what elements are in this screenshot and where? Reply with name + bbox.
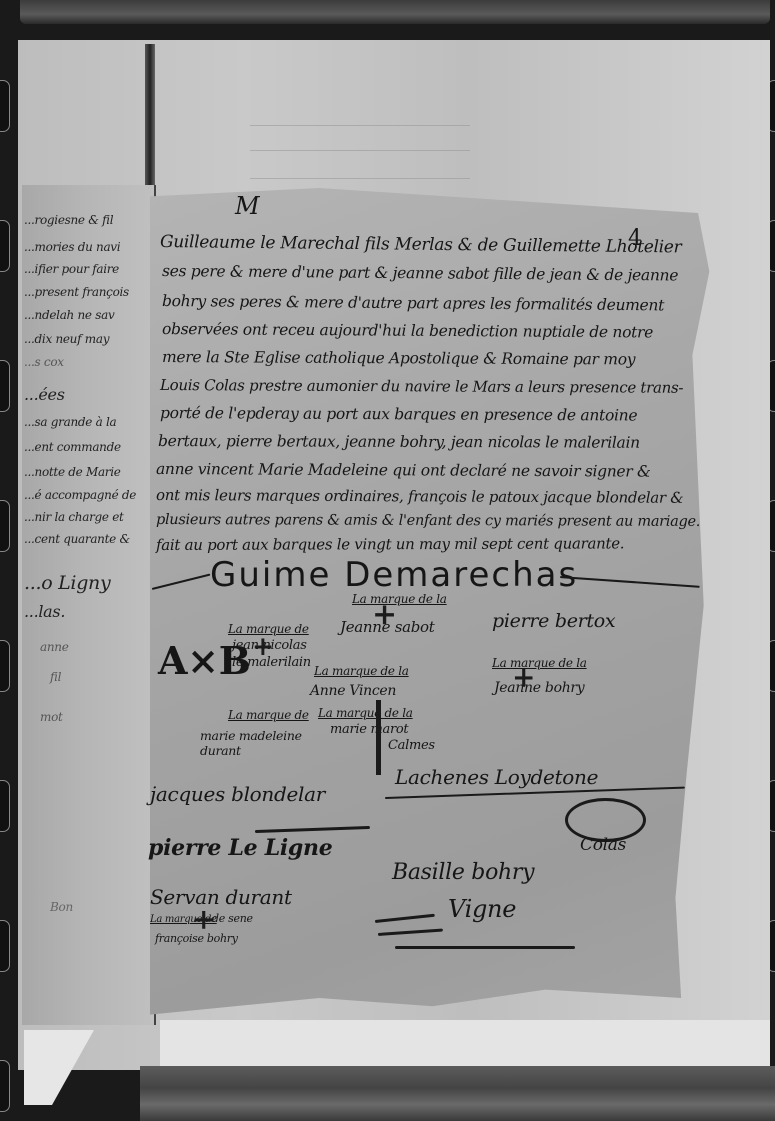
signature-flourish: Lachenes Loydetone — [395, 765, 598, 789]
mark-caption: La marque de — [228, 708, 309, 722]
left-page-faint-line: mot — [40, 710, 63, 724]
cross-mark: + — [252, 634, 274, 660]
record-line: fait au port aux barques le vingt un may… — [156, 534, 624, 554]
signature-mark-name: Jeanne bohry — [494, 680, 584, 696]
film-strip-bottom — [140, 1066, 775, 1121]
signature-pierre-bertaux: pierre bertox — [492, 610, 615, 632]
signature-jacques-blondelar: jacques blondelar — [150, 782, 325, 806]
left-page-line: ...cent quarante & — [24, 532, 130, 546]
signature-vigne: Vigne — [448, 895, 516, 923]
record-line: porté de l'epderay au port aux barques e… — [160, 404, 637, 424]
sprocket-hole — [0, 1060, 10, 1112]
sprocket-hole — [0, 500, 10, 552]
left-page-line: ...ées — [24, 385, 65, 404]
signature-mark-name: marie madeleine durant — [200, 728, 330, 758]
sprocket-hole — [0, 920, 10, 972]
film-strip-top — [20, 0, 770, 24]
record-line: ont mis leurs marques ordinaires, franço… — [156, 486, 683, 507]
signature-groom: Guime Demarechas — [210, 555, 578, 595]
signature-mark-name: françoise bohry — [155, 932, 238, 945]
margin-initial: M — [235, 192, 259, 220]
signature-basille-bohry: Basille bohry — [392, 860, 534, 885]
left-page-line: ...ndelah ne sav — [24, 308, 114, 322]
signature-mark-suffix: Calmes — [388, 738, 435, 753]
faint-rule — [250, 125, 470, 126]
left-page-line: ...dix neuf may — [24, 332, 109, 346]
left-page-faint-line: Bon — [50, 900, 73, 914]
record-line: Louis Colas prestre aumonier du navire l… — [160, 376, 683, 397]
cross-mark-vertical — [376, 700, 381, 775]
left-page-line: ...nir la charge et — [24, 510, 124, 524]
signature-mark-suffix: de sene — [212, 912, 253, 925]
left-page-line: ...o Ligny — [24, 572, 110, 594]
left-page-line: ...las. — [24, 602, 65, 621]
left-page-line: ...notte de Marie — [24, 465, 121, 479]
left-page-line: ...rogiesne & fil — [24, 213, 113, 227]
signature-pierre-le-ligne: pierre Le Ligne — [148, 835, 332, 861]
signature-mark-name: Jeanne sabot — [340, 618, 435, 636]
faint-rule — [250, 178, 470, 179]
record-line: mere la Ste Eglise catholique Apostoliqu… — [162, 348, 635, 368]
record-line: plusieurs autres parens & amis & l'enfan… — [156, 512, 700, 530]
signature-mark-name: Anne Vincen — [310, 683, 396, 699]
sprocket-hole — [0, 80, 10, 132]
cross-mark: + — [192, 906, 215, 934]
record-line: bertaux, pierre bertaux, jeanne bohry, j… — [158, 432, 640, 452]
signature-mark-name: marie marot — [330, 722, 408, 737]
faint-rule — [250, 150, 470, 151]
left-page-line: ...present françois — [24, 285, 129, 299]
bottom-white-strip — [160, 1020, 770, 1066]
record-line: anne vincent Marie Madeleine qui ont dec… — [156, 460, 651, 481]
sprocket-hole — [0, 220, 10, 272]
left-page-line: ...mories du navi — [24, 240, 120, 254]
sprocket-hole — [0, 780, 10, 832]
sprocket-hole — [0, 640, 10, 692]
left-page-line: ...ifier pour faire — [24, 262, 119, 276]
binding-spine — [145, 44, 155, 194]
signature-servan-durand: Servan durant — [150, 885, 292, 909]
monogram-signature: A×B — [158, 638, 251, 683]
mark-caption: La marque de la — [318, 706, 413, 720]
mark-caption: La marque de la — [352, 592, 447, 606]
left-page-line: ...ent commande — [24, 440, 121, 454]
flourish-stroke — [395, 946, 575, 949]
signature-colas: Colas — [580, 835, 626, 855]
left-page-line: ...é accompagné de — [24, 488, 136, 502]
left-page-faint-line: fil — [50, 670, 61, 684]
left-page-faint-line: anne — [40, 640, 69, 654]
mark-caption: La marque de la — [314, 664, 409, 678]
sprocket-hole — [0, 360, 10, 412]
left-page-line: ...sa grande à la — [24, 415, 116, 429]
mark-caption: La marque de la — [492, 656, 587, 670]
left-page-line: ...s cox — [24, 355, 64, 369]
record-line: observées ont receu aujourd'hui la bened… — [162, 320, 653, 341]
